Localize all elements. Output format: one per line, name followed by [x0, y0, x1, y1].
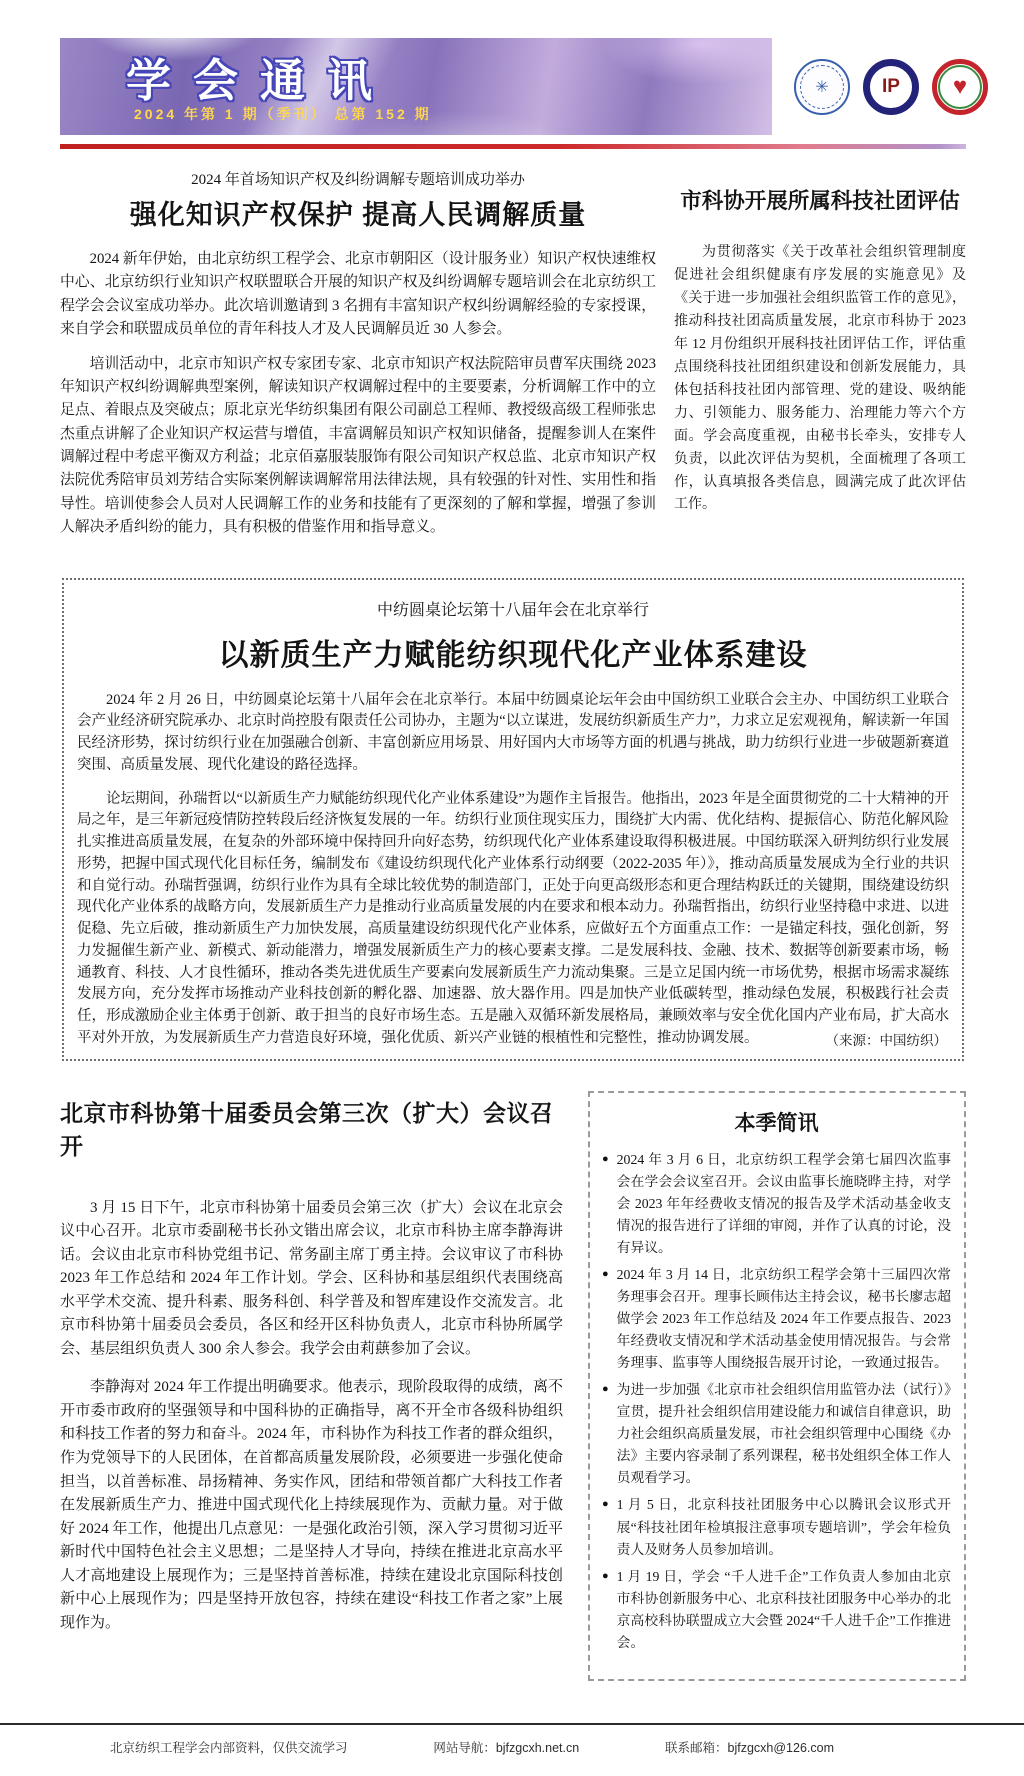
- bullet-icon: ●: [602, 1571, 609, 1654]
- article-evaluation-paragraph: 为贯彻落实《关于改革社会组织管理制度促进社会组织健康有序发展的实施意见》及《关于…: [674, 242, 966, 517]
- article-training-headline: 强化知识产权保护 提高人民调解质量: [60, 193, 656, 232]
- article-committee-paragraph: 3 月 15 日下午，北京市科协第十届委员会第三次（扩大）会议在北京会议中心召开…: [60, 1197, 563, 1362]
- article-training: 2024 年首场知识产权及纠纷调解专题培训成功举办 强化知识产权保护 提高人民调…: [60, 168, 656, 551]
- article-committee-headline: 北京市科协第十届委员会第三次（扩大）会议召开: [60, 1095, 563, 1161]
- issue-line: 2024 年第 1 期（季刊） 总第 152 期: [134, 104, 432, 124]
- logo-strip: ✳ IP ♥: [794, 59, 988, 115]
- masthead-red-rule: [60, 144, 966, 149]
- article-committee-paragraph: 李静海对 2024 年工作提出明确要求。他表示，现阶段取得的成绩，离不开市委市政…: [60, 1376, 563, 1635]
- article-evaluation-headline: 市科协开展所属科技社团评估: [674, 184, 966, 215]
- brief-item: ● 2024 年 3 月 6 日，北京纺织工程学会第七届四次监事会在学会会议室召…: [602, 1149, 951, 1259]
- footer-email: 联系邮箱：bjfzgcxh@126.com: [665, 1738, 834, 1756]
- bullet-icon: ●: [602, 1269, 609, 1374]
- newsletter-title: 学会通讯: [126, 44, 394, 109]
- article-forum-headline: 以新质生产力赋能纺织现代化产业体系建设: [77, 630, 949, 674]
- article-training-paragraph: 培训活动中，北京市知识产权专家团专家、北京市知识产权法院陪审员曹军庆围绕 202…: [60, 353, 656, 540]
- footer-internal-note: 北京纺织工程学会内部资料，仅供交流学习: [110, 1738, 348, 1756]
- masthead-banner: 学会通讯 2024 年第 1 期（季刊） 总第 152 期: [60, 38, 772, 135]
- top-articles-section: 2024 年首场知识产权及纠纷调解专题培训成功举办 强化知识产权保护 提高人民调…: [60, 168, 966, 551]
- briefs-box: 本季简讯 ● 2024 年 3 月 6 日，北京纺织工程学会第七届四次监事会在学…: [588, 1091, 966, 1681]
- article-evaluation: 市科协开展所属科技社团评估 为贯彻落实《关于改革社会组织管理制度促进社会组织健康…: [674, 168, 966, 551]
- bullet-icon: ●: [602, 1154, 609, 1259]
- footer: 北京纺织工程学会内部资料，仅供交流学习 网站导航：bjfzgcxh.net.cn…: [0, 1723, 1024, 1776]
- article-training-paragraph: 2024 新年伊始，由北京纺织工程学会、北京市朝阳区（设计服务业）知识产权快速维…: [60, 248, 656, 342]
- ip-seal-icon: IP: [863, 59, 919, 115]
- mediation-seal-ring: ♥: [938, 65, 982, 109]
- ip-seal-text: IP: [882, 76, 900, 98]
- article-forum-box: 中纺圆桌论坛第十八届年会在北京举行 以新质生产力赋能纺织现代化产业体系建设 20…: [62, 578, 964, 1061]
- briefs-title: 本季简讯: [602, 1107, 951, 1137]
- brief-item: ● 1 月 19 日，学会 “千人进千企”工作负责人参加由北京市科协创新服务中心…: [602, 1566, 951, 1654]
- brief-item: ● 1 月 5 日，北京科技社团服务中心以腾讯会议形式开展“科技社团年检填报注意…: [602, 1494, 951, 1560]
- brief-item: ● 2024 年 3 月 14 日，北京纺织工程学会第十三届四次常务理事会召开。…: [602, 1264, 951, 1374]
- heart-icon: ♥: [953, 75, 967, 99]
- bullet-icon: ●: [602, 1384, 609, 1489]
- article-forum-paragraph: 论坛期间，孙瑞哲以“以新质生产力赋能纺织现代化产业体系建设”为题作主旨报告。他指…: [77, 789, 949, 1050]
- page-body: 学会通讯 2024 年第 1 期（季刊） 总第 152 期 ✳ IP ♥ 202…: [0, 0, 1024, 1681]
- footer-row: 北京纺织工程学会内部资料，仅供交流学习 网站导航：bjfzgcxh.net.cn…: [0, 1725, 1024, 1776]
- brief-text: 2024 年 3 月 14 日，北京纺织工程学会第十三届四次常务理事会召开。理事…: [617, 1264, 951, 1374]
- masthead: 学会通讯 2024 年第 1 期（季刊） 总第 152 期 ✳ IP ♥: [60, 38, 966, 135]
- newsletter-page: { "masthead": { "title": "学会通讯", "issue_…: [0, 0, 1024, 1776]
- brief-text: 2024 年 3 月 6 日，北京纺织工程学会第七届四次监事会在学会会议室召开。…: [617, 1149, 951, 1259]
- footer-website: 网站导航：bjfzgcxh.net.cn: [433, 1738, 579, 1756]
- brief-text: 1 月 5 日，北京科技社团服务中心以腾讯会议形式开展“科技社团年检填报注意事项…: [617, 1494, 951, 1560]
- society-seal-icon: ✳: [794, 59, 850, 115]
- brief-item: ● 为进一步加强《北京市社会组织信用监管办法（试行）》宣贯，提升社会组织信用建设…: [602, 1379, 951, 1489]
- brief-text: 1 月 19 日，学会 “千人进千企”工作负责人参加由北京市科协创新服务中心、北…: [617, 1566, 951, 1654]
- brief-text: 为进一步加强《北京市社会组织信用监管办法（试行）》宣贯，提升社会组织信用建设能力…: [617, 1379, 951, 1489]
- article-training-kicker: 2024 年首场知识产权及纠纷调解专题培训成功举办: [60, 168, 656, 189]
- bottom-section: 北京市科协第十届委员会第三次（扩大）会议召开 3 月 15 日下午，北京市科协第…: [60, 1091, 966, 1681]
- article-committee: 北京市科协第十届委员会第三次（扩大）会议召开 3 月 15 日下午，北京市科协第…: [60, 1091, 563, 1681]
- mediation-seal-icon: ♥: [932, 59, 988, 115]
- article-forum-kicker: 中纺圆桌论坛第十八届年会在北京举行: [77, 597, 949, 620]
- article-forum-paragraph: 2024 年 2 月 26 日，中纺圆桌论坛第十八届年会在北京举行。本届中纺圆桌…: [77, 690, 949, 777]
- bullet-icon: ●: [602, 1499, 609, 1560]
- society-seal-emblem: ✳: [800, 65, 844, 109]
